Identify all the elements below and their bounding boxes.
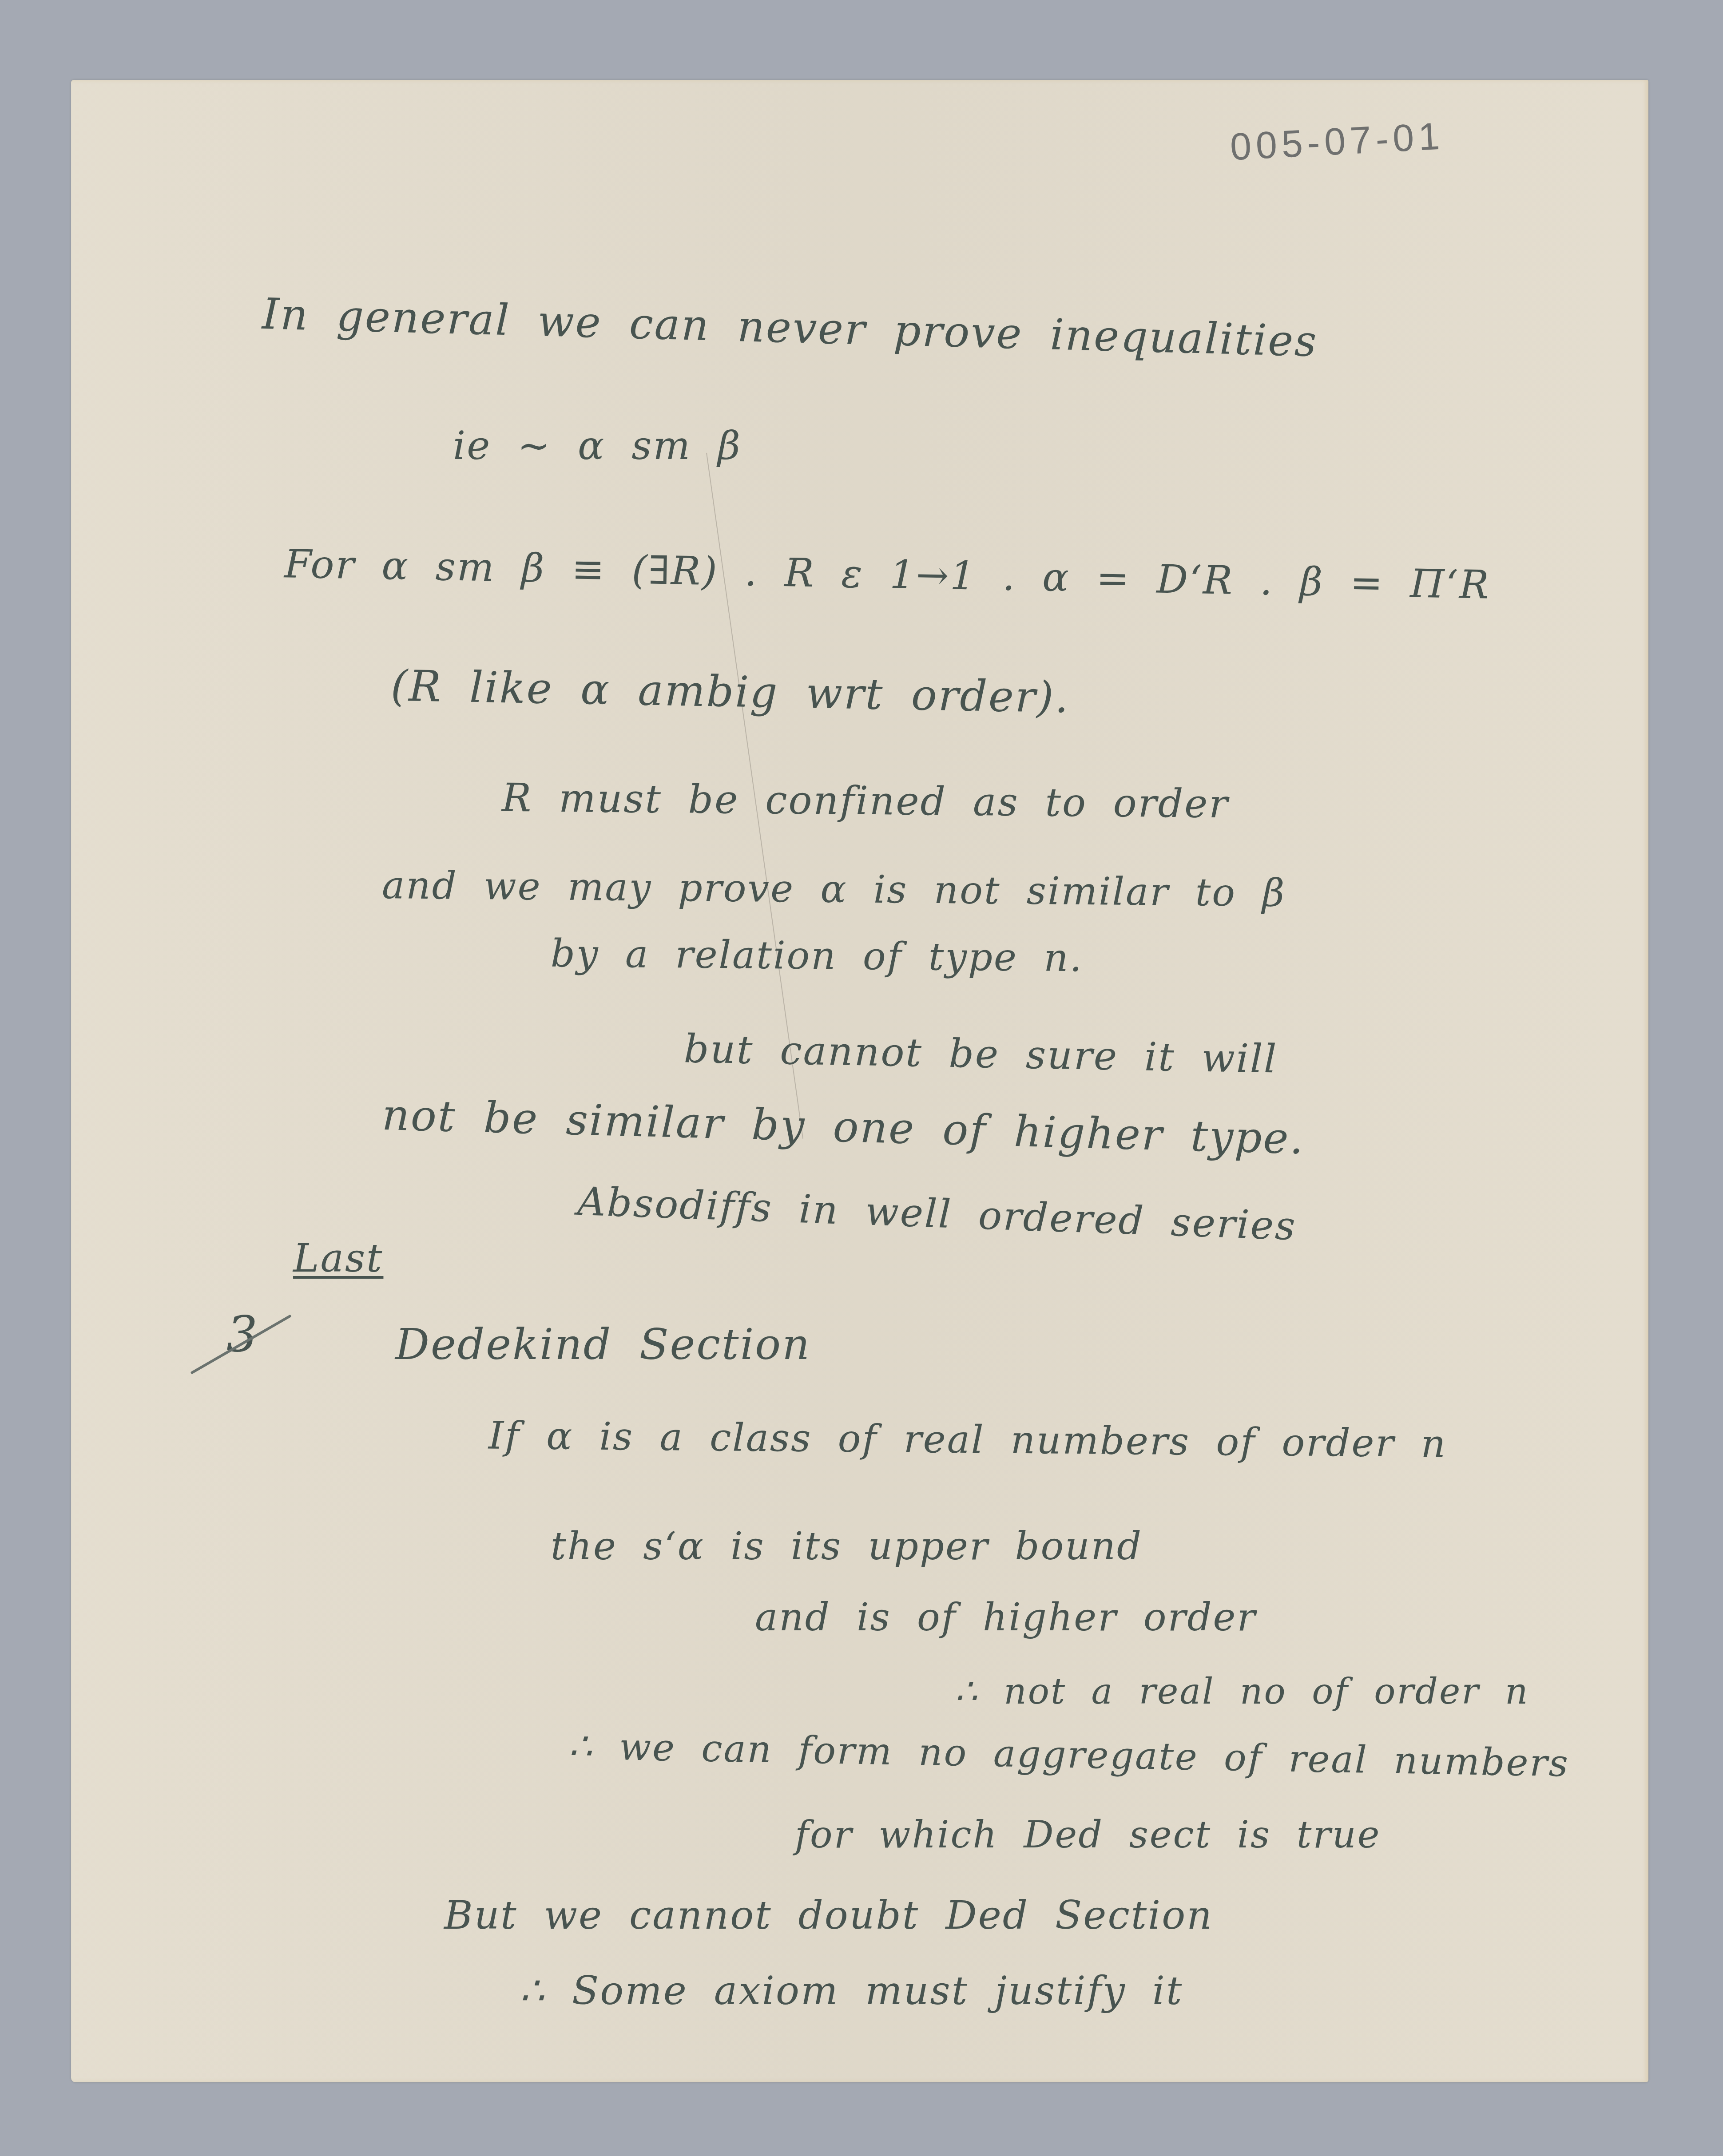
manuscript-line-20: ∴ Some axiom must justify it bbox=[520, 1971, 1183, 2010]
manuscript-line-18: for which Ded sect is true bbox=[795, 1816, 1381, 1853]
manuscript-line-14: the s‘α is its upper bound bbox=[551, 1527, 1143, 1565]
manuscript-line-8: but cannot be sure it will bbox=[683, 1029, 1278, 1078]
manuscript-margin-note-last: Last bbox=[293, 1239, 383, 1278]
manuscript-line-19: But we cannot doubt Ded Section bbox=[444, 1896, 1213, 1935]
manuscript-line-4: (R like α ambig wrt order). bbox=[390, 665, 1070, 719]
manuscript-line-16: ∴ not a real no of order n bbox=[955, 1674, 1529, 1709]
manuscript-line-15: and is of higher order bbox=[755, 1598, 1257, 1637]
manuscript-line-7: by a relation of type n. bbox=[551, 935, 1084, 977]
manuscript-line-12-heading: Dedekind Section bbox=[395, 1323, 811, 1366]
manuscript-line-5: R must be confined as to order bbox=[502, 778, 1229, 824]
manuscript-line-6: and we may prove α is not similar to β bbox=[382, 866, 1286, 912]
manuscript-line-2: ie ~ α sm β bbox=[453, 426, 742, 465]
manuscript-line-13: If α is a class of real numbers of order… bbox=[488, 1417, 1447, 1463]
